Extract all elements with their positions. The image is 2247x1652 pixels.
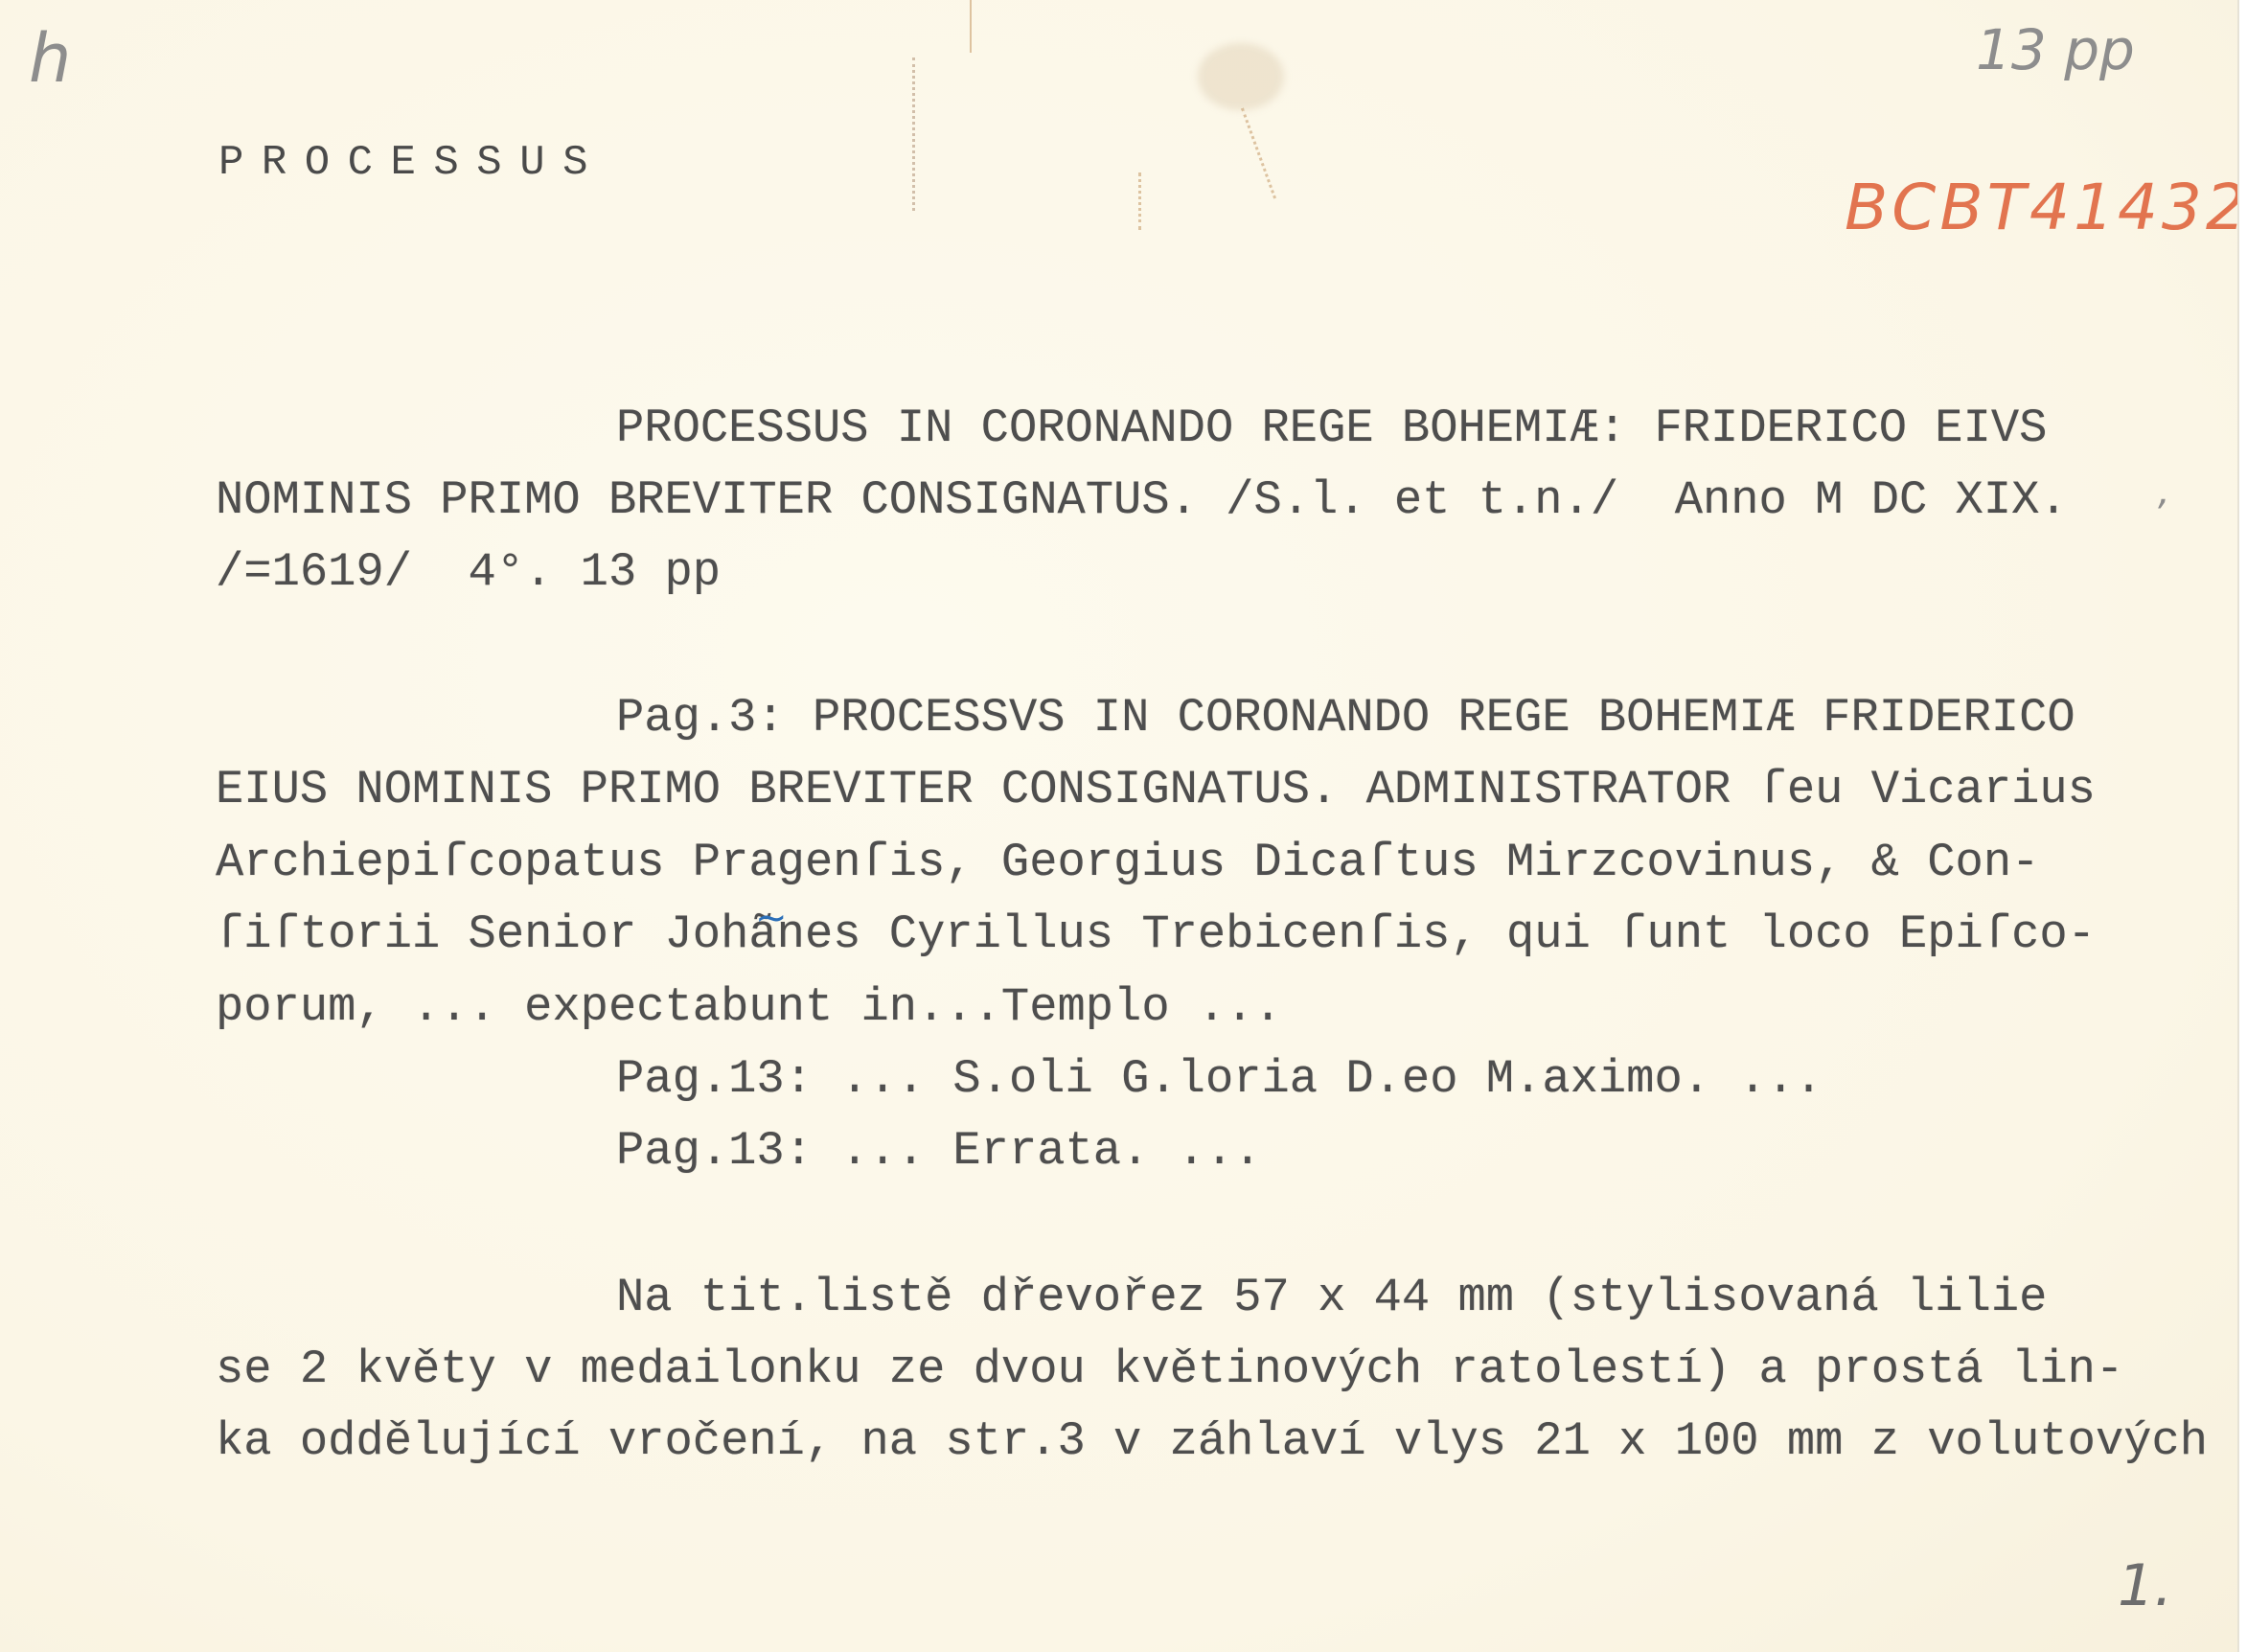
stain-smudge xyxy=(1198,43,1284,110)
rust-mark xyxy=(912,57,915,211)
shelfmark-red: BCBT41432 xyxy=(1845,171,2247,244)
text-line: se 2 květy v medailonku ze dvou květinov… xyxy=(216,1346,2123,1393)
document-heading: PROCESSUS xyxy=(218,139,606,187)
text-line: Pag.13: ... S.oli G.loria D.eo M.aximo. … xyxy=(616,1056,1823,1103)
page-number: 1. xyxy=(2118,1552,2172,1619)
card-edge xyxy=(2237,0,2247,1652)
catalog-card: h 13 pp BCBT41432 1. PROCESSUS PROCESSUS… xyxy=(0,0,2237,1652)
text-line: PROCESSUS IN CORONANDO REGE BOHEMIÆ: FRI… xyxy=(616,405,2047,452)
text-line: ka oddělující vročení, na str.3 v záhlav… xyxy=(216,1418,2208,1465)
text-line: porum, ... expectabunt in...Templo ... xyxy=(216,984,1282,1031)
rust-mark xyxy=(1138,172,1141,230)
margin-tick: , xyxy=(2158,470,2170,514)
pencil-mark-top-left: h xyxy=(29,19,71,98)
text-line: ſiſtorii Senior Johãnes Cyrillus Trebice… xyxy=(216,911,2096,958)
rust-mark xyxy=(970,0,972,53)
text-line: Na tit.listě dřevořez 57 x 44 mm (stylis… xyxy=(616,1274,2047,1321)
rust-mark xyxy=(1241,108,1276,199)
text-line: Archiepiſcopatus Pragenſis, Georgius Dic… xyxy=(216,839,2039,886)
blue-tilde-correction: ~ xyxy=(755,896,788,940)
text-line: NOMINIS PRIMO BREVITER CONSIGNATUS. /S.l… xyxy=(216,477,2068,524)
text-line: Pag.3: PROCESSVS IN CORONANDO REGE BOHEM… xyxy=(616,695,2075,742)
text-line: EIUS NOMINIS PRIMO BREVITER CONSIGNATUS.… xyxy=(216,767,2096,814)
text-line: Pag.13: ... Errata. ... xyxy=(616,1128,1262,1175)
pencil-page-count: 13 pp xyxy=(1976,17,2135,82)
text-line: /=1619/ 4°. 13 pp xyxy=(216,549,721,596)
